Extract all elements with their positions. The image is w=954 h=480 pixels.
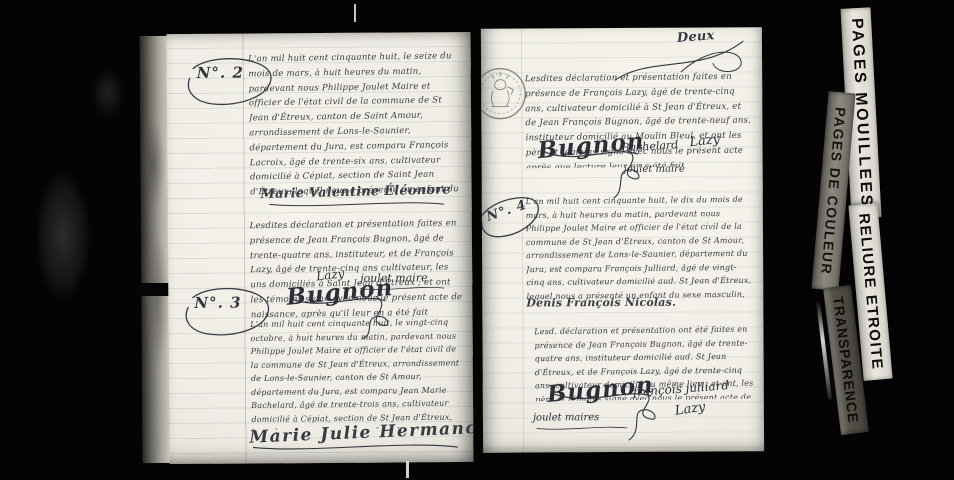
strip-label: RELIURE ETROITE (855, 213, 886, 371)
folio-number-word: Deux (676, 28, 715, 46)
fiscal-seal-stamp (481, 64, 529, 122)
signature-joulet-maire: joulet maires (533, 412, 599, 423)
film-scratch-mark (406, 461, 409, 478)
act-2-opening-text: L'an mil huit cent cinquante huit, le se… (248, 49, 464, 202)
book-edge-smudge (26, 148, 100, 324)
microfilm-frame: N°. 2 L'an mil huit cent cinquante huit,… (0, 0, 954, 480)
act-number-label: N°. 3 (194, 294, 241, 312)
deckle-dark-notch (138, 283, 171, 296)
register-right-page: Deux Lesdites déclaration et présentatio… (481, 27, 764, 452)
act-4-child-name: Denis François Nicolas. (526, 296, 676, 310)
signature-joulet-maire: joulet maire (624, 164, 685, 175)
act-3-opening-text: L'an mil huit cent cinquante huit, le vi… (250, 315, 465, 430)
book-edge-smudge (84, 58, 132, 128)
signature-lazy: Lazy (674, 400, 706, 419)
notice-strip-pages-de-couleur: PAGES DE COULEUR (811, 91, 855, 291)
strip-label: PAGES DE COULEUR (818, 106, 849, 275)
signature-underline (535, 424, 631, 433)
act-4-opening-text: L'an mil huit cent cinquante huit, le di… (525, 193, 754, 305)
act-number-label: N°. 2 (197, 64, 244, 82)
film-scratch-mark (354, 4, 356, 22)
register-left-page: N°. 2 L'an mil huit cent cinquante huit,… (167, 32, 474, 464)
